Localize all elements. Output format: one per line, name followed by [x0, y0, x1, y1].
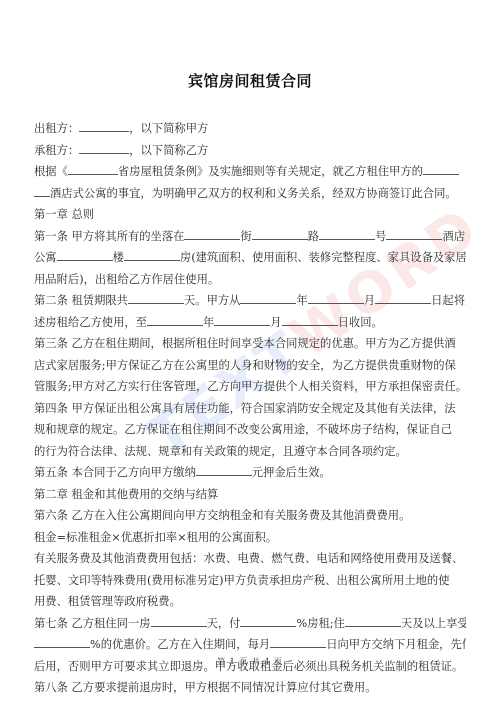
line-text: 路 [308, 230, 319, 243]
line-text: 述房租给乙方使用，至 [34, 316, 147, 329]
document-line: 第二条 租赁期限共天。甲方从年月日起将上 [34, 290, 466, 312]
line-text: 第六条 乙方在入住公寓期间向甲方交纳租金和有关服务费及其他消费费用。 [34, 509, 410, 522]
fill-in-blank [252, 227, 308, 240]
line-text: 租金=标准租金×优惠折扣率×租用的公寓面积。 [34, 531, 277, 544]
document-line: 第一条 甲方将其所有的坐落在街路号酒店式 [34, 226, 466, 248]
line-text: 第二章 租金和其他费用的交纳与结算 [34, 488, 218, 501]
line-text: 月 [364, 294, 375, 307]
document-line: 公寓楼房(建筑面积、使用面积、装修完整程度、家具设备及家居 [34, 247, 466, 269]
page-number-footer: 第 1 页 共 4 页 [0, 656, 500, 667]
line-text: 天。甲方从 [184, 294, 241, 307]
document-title: 宾馆房间租赁合同 [0, 70, 500, 91]
document-line: 第五条 本合同于乙方向甲方缴纳元押金后生效。 [34, 462, 466, 484]
line-text: 月 [270, 316, 281, 329]
line-text: 出租方： [34, 122, 79, 135]
document-line: 管服务;甲方对乙方实行住客管理，乙方向甲方提供个人相关资料，甲方承担保密责任。 [34, 376, 466, 398]
fill-in-blank [270, 635, 326, 648]
line-text: 楼 [113, 251, 124, 264]
document-line: 第一章 总则 [34, 204, 466, 226]
line-text: 第八条 乙方要求提前退房时，甲方根据不同情况计算应付其它费用。 [34, 681, 377, 694]
line-text: 根据《 [34, 165, 68, 178]
line-text: 有关服务费及其他消费费用包括：水费、电费、燃气费、电话和网络使用费用及送餐、 [34, 552, 463, 565]
document-line: 出租方：，以下简称甲方 [34, 118, 466, 140]
document-line: 第七条 乙方租住同一房天，付%房租;住天及以上享受 [34, 613, 466, 635]
document-line: 托婴、文印等特殊费用(费用标准另定)甲方负责承担房产税、出租公寓所用土地的使 [34, 570, 466, 592]
fill-in-blank [282, 313, 338, 326]
document-line: 承租方：，以下简称乙方 [34, 140, 466, 162]
line-text: ，以下简称乙方 [129, 144, 208, 157]
line-text: 承租方： [34, 144, 79, 157]
line-text: ，以下简称甲方 [129, 122, 208, 135]
line-text: 店式家居服务;甲方保证乙方在公寓里的人身和财物的安全，为乙方提供贵重财物的保 [34, 359, 456, 372]
document-line: 店式家居服务;甲方保证乙方在公寓里的人身和财物的安全，为乙方提供贵重财物的保 [34, 355, 466, 377]
line-text: 第一条 甲方将其所有的坐落在 [34, 230, 184, 243]
document-line: 规和规章的规定。乙方保证在租住期间不改变公寓用途，不破坏房子结构，保证自己 [34, 419, 466, 441]
fill-in-blank [196, 463, 252, 476]
document-line: 第四条 甲方保证出租公寓具有居住功能，符合国家消防安全规定及其他有关法律，法 [34, 398, 466, 420]
fill-in-blank [240, 614, 296, 627]
line-text: 天及以上享受 [401, 617, 466, 630]
document-line: 酒店式公寓的事宜，为明确甲乙双方的权利和义务关系，经双方协商签订此合同。 [34, 183, 466, 205]
document-body: 出租方：，以下简称甲方承租方：，以下简称乙方根据《省房屋租赁条例》及实施细则等有… [34, 118, 466, 699]
document-line: 第二章 租金和其他费用的交纳与结算 [34, 484, 466, 506]
document-line: 述房租给乙方使用，至年月日收回。 [34, 312, 466, 334]
fill-in-blank [386, 227, 442, 240]
line-text: 日起将上 [431, 294, 466, 307]
line-text: 第五条 本合同于乙方向甲方缴纳 [34, 466, 196, 479]
document-line: 用品附后)，出租给乙方作居住使用。 [34, 269, 466, 291]
line-text: 用品附后)，出租给乙方作居住使用。 [34, 273, 219, 286]
line-text: 第七条 乙方租住同一房 [34, 617, 151, 630]
line-text: 用费、租赁管理等政府税费。 [34, 595, 181, 608]
line-text: 年 [203, 316, 214, 329]
line-text: 管服务;甲方对乙方实行住客管理，乙方向甲方提供个人相关资料，甲方承担保密责任。 [34, 380, 466, 393]
fill-in-blank [345, 614, 401, 627]
fill-in-blank [124, 248, 180, 261]
line-text: 天，付 [207, 617, 241, 630]
line-text: 元押金后生效。 [252, 466, 331, 479]
line-text: 第二条 租赁期限共 [34, 294, 128, 307]
fill-in-blank [34, 635, 90, 648]
fill-in-blank [128, 291, 184, 304]
document-line: %的优惠价。乙方在入住期间，每月日向甲方交纳下月租金，先付 [34, 634, 466, 656]
fill-in-blank [214, 313, 270, 326]
line-text: %的优惠价。乙方在入住期间，每月 [90, 638, 270, 651]
line-text: 酒店式 [442, 230, 466, 243]
line-text: %房租;住 [296, 617, 344, 630]
fill-in-blank [79, 141, 129, 154]
fill-in-blank [184, 227, 240, 240]
fill-in-blank [147, 313, 203, 326]
fill-in-blank [319, 227, 375, 240]
fill-in-blank [375, 291, 431, 304]
document-line: 根据《省房屋租赁条例》及实施细则等有关规定，就乙方租住甲方的 [34, 161, 466, 183]
line-text: 托婴、文印等特殊费用(费用标准另定)甲方负责承担房产税、出租公寓所用土地的使 [34, 574, 450, 587]
fill-in-blank [68, 162, 118, 175]
line-text: 规和规章的规定。乙方保证在租住期间不改变公寓用途，不破坏房子结构，保证自己 [34, 423, 452, 436]
line-text: 号 [375, 230, 386, 243]
document-line: 租金=标准租金×优惠折扣率×租用的公寓面积。 [34, 527, 466, 549]
fill-in-blank [79, 119, 129, 132]
fill-in-blank [57, 248, 113, 261]
fill-in-blank [240, 291, 296, 304]
document-line: 用费、租赁管理等政府税费。 [34, 591, 466, 613]
line-text: 年 [296, 294, 307, 307]
document-line: 第三条 乙方在租住期间，根据所租住时间享受本合同规定的优惠。甲方为乙方提供酒 [34, 333, 466, 355]
document-line: 的行为符合法律、法规、规章和有关政策的规定，且遵守本合同各项约定。 [34, 441, 466, 463]
fill-in-blank [423, 162, 459, 175]
document-line: 有关服务费及其他消费费用包括：水费、电费、燃气费、电话和网络使用费用及送餐、 [34, 548, 466, 570]
line-text: 第一章 总则 [34, 208, 94, 221]
fill-in-blank [34, 184, 50, 197]
line-text: 公寓 [34, 251, 57, 264]
line-text: 房(建筑面积、使用面积、装修完整程度、家具设备及家居 [180, 251, 466, 264]
line-text: 日收回。 [338, 316, 383, 329]
document-page: 宾馆房间租赁合同 出租方：，以下简称甲方承租方：，以下简称乙方根据《省房屋租赁条… [0, 0, 500, 706]
document-line: 第六条 乙方在入住公寓期间向甲方交纳租金和有关服务费及其他消费费用。 [34, 505, 466, 527]
line-text: 第四条 甲方保证出租公寓具有居住功能，符合国家消防安全规定及其他有关法律，法 [34, 402, 456, 415]
fill-in-blank [308, 291, 364, 304]
line-text: 第三条 乙方在租住期间，根据所租住时间享受本合同规定的优惠。甲方为乙方提供酒 [34, 337, 456, 350]
line-text: 的行为符合法律、法规、规章和有关政策的规定，且遵守本合同各项约定。 [34, 445, 407, 458]
document-line: 第八条 乙方要求提前退房时，甲方根据不同情况计算应付其它费用。 [34, 677, 466, 699]
fill-in-blank [151, 614, 207, 627]
line-text: 酒店式公寓的事宜，为明确甲乙双方的权利和义务关系，经双方协商签订此合同。 [50, 187, 457, 200]
line-text: 街 [240, 230, 251, 243]
line-text: 日向甲方交纳下月租金，先付 [326, 638, 466, 651]
line-text: 省房屋租赁条例》及实施细则等有关规定，就乙方租住甲方的 [118, 165, 423, 178]
